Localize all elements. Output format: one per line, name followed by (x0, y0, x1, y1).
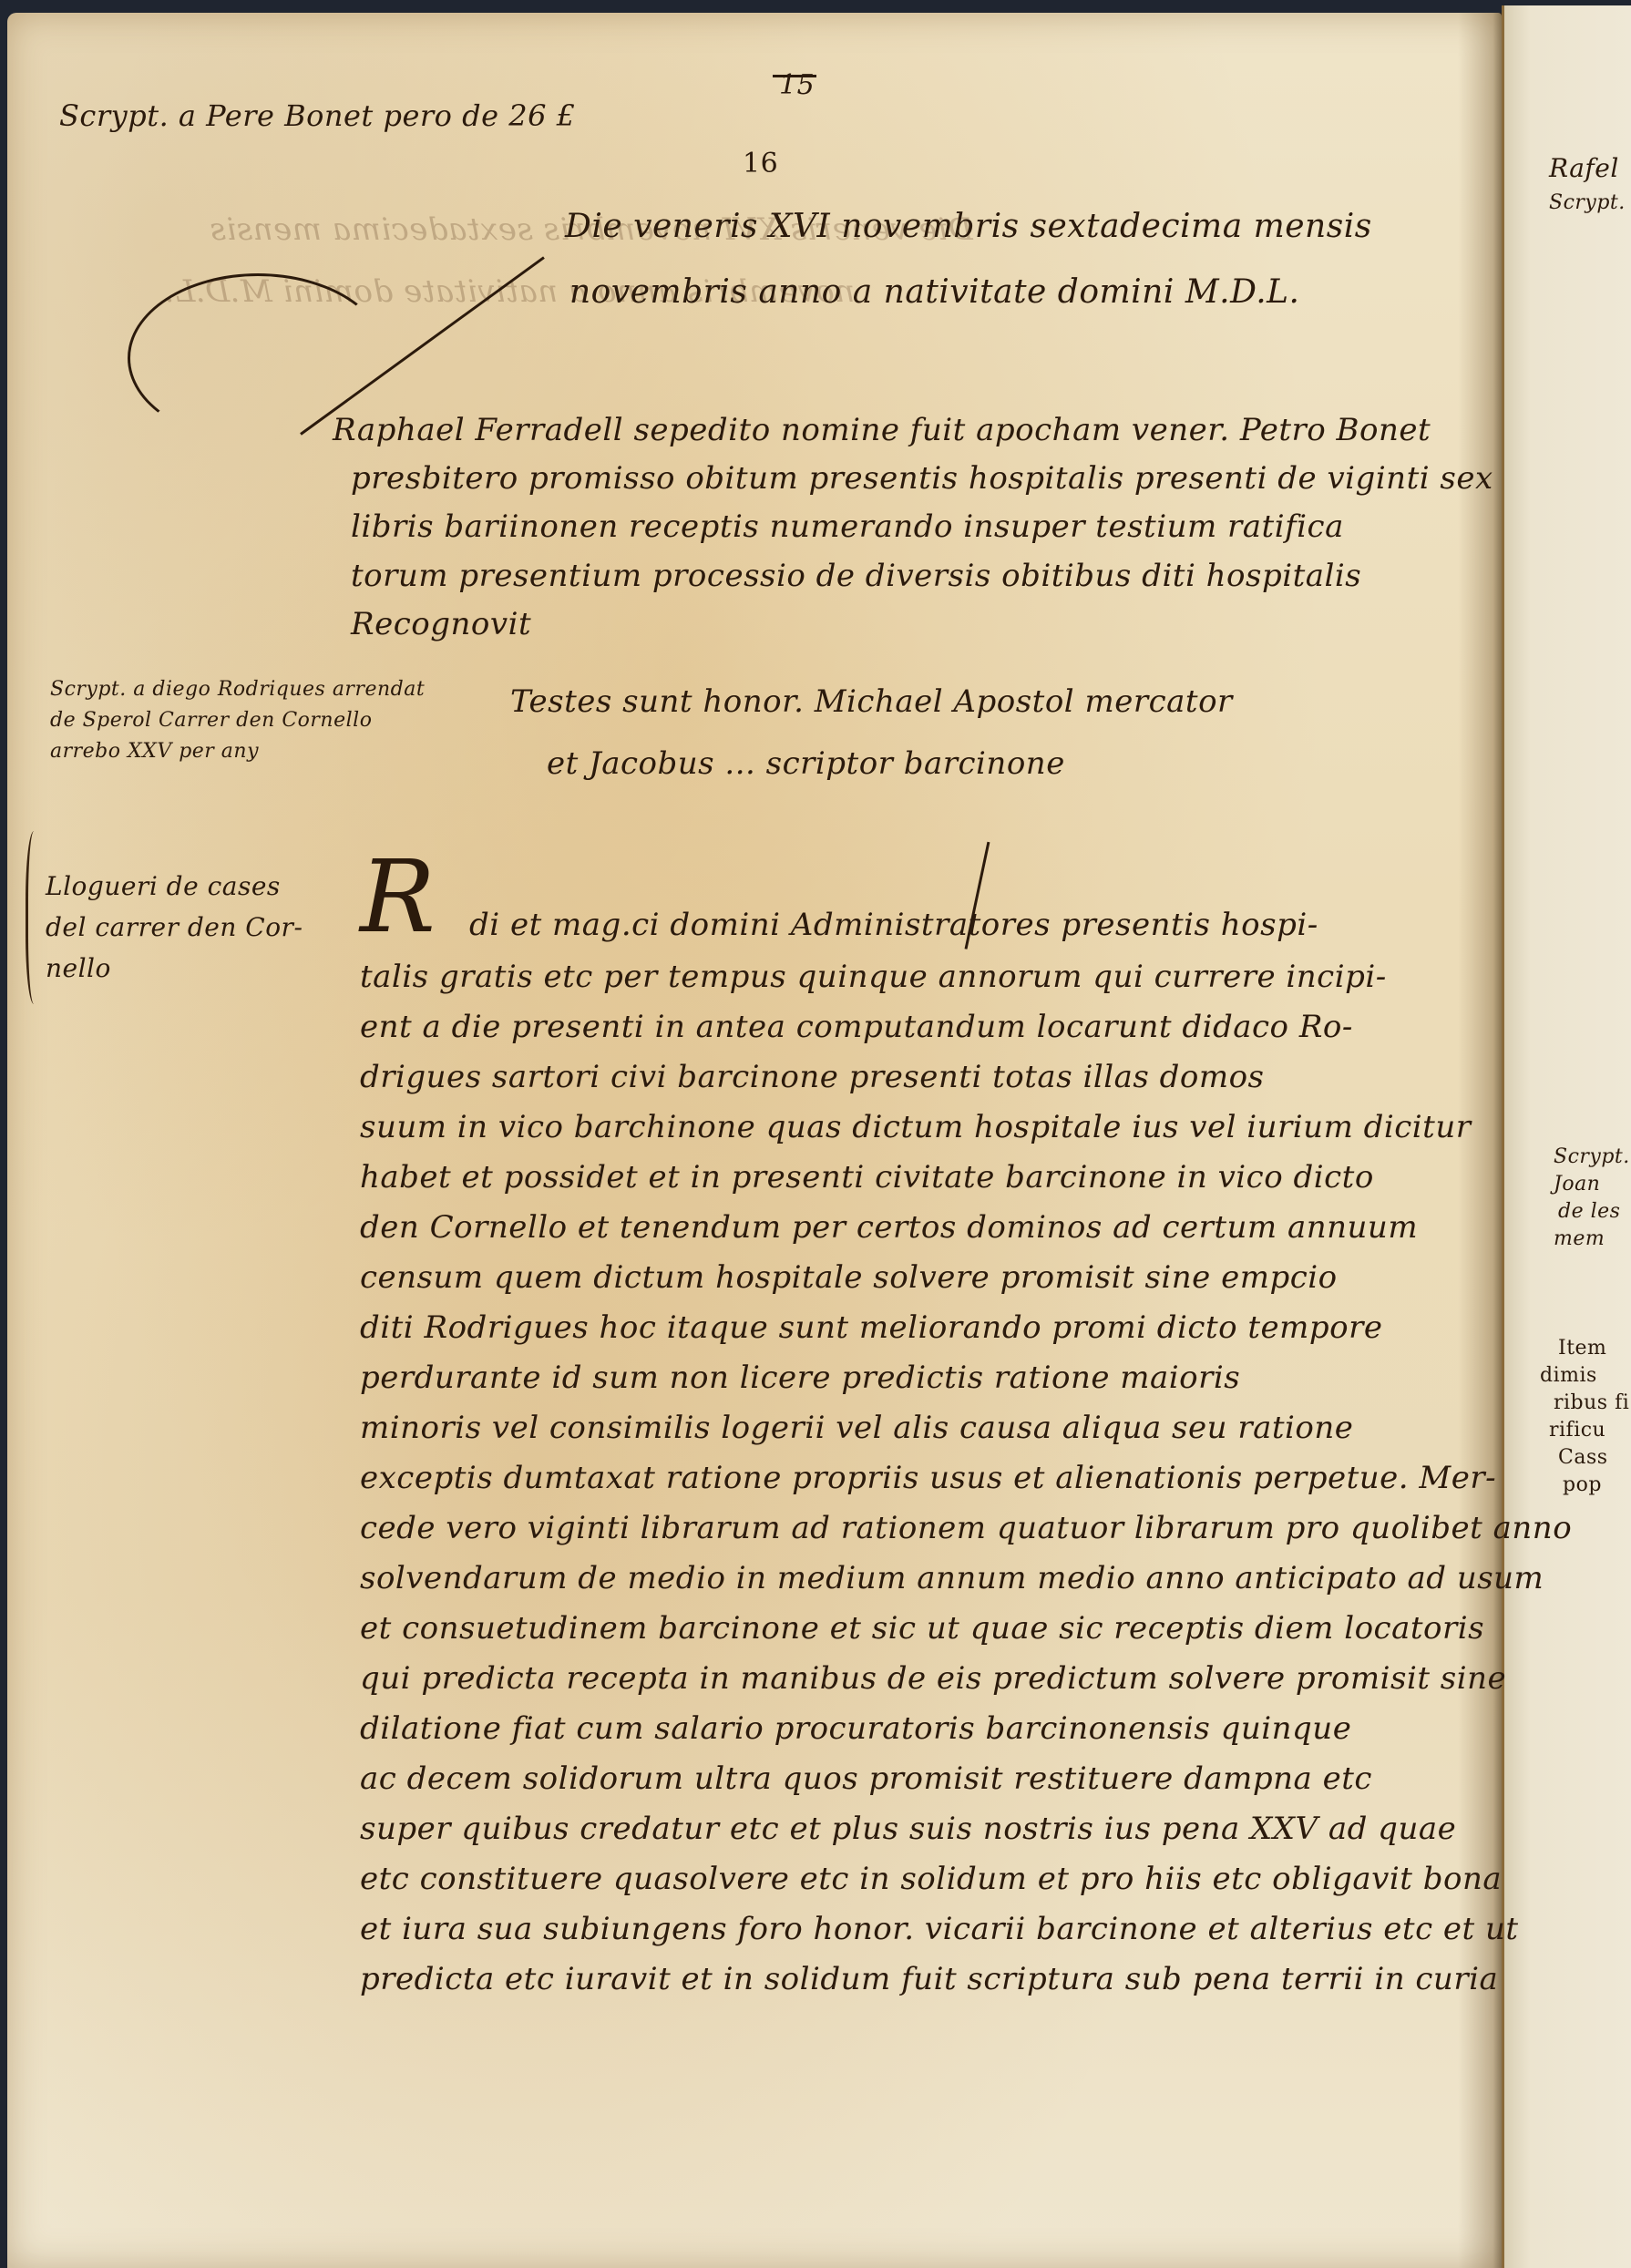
top-margin-note: Scrypt. a Pere Bonet pero de 26 £ (59, 98, 575, 133)
margin-note-rent: Llogueri de cases (46, 870, 281, 903)
witnesses-line: Testes sunt honor. Michael Apostol merca… (510, 683, 1233, 720)
entry2-line: exceptis dumtaxat ratione propriis usus … (360, 1460, 1496, 1496)
entry1-line: Recognovit (351, 606, 531, 642)
margin-note-lease: arrebo XXV per any (50, 738, 259, 765)
entry2-line: cede vero viginti librarum ad rationem q… (360, 1510, 1572, 1546)
entry1-line: presbitero promisso obitum presentis hos… (351, 460, 1493, 497)
facing-fragment: Cass (1558, 1444, 1608, 1472)
entry2-line: diti Rodrigues hoc itaque sunt meliorand… (360, 1309, 1383, 1346)
entry2-line: predicta etc iuravit et in solidum fuit … (360, 1961, 1498, 1997)
decorated-initial: R (360, 838, 436, 955)
facing-fragment: rificu (1549, 1417, 1605, 1444)
entry2-line: den Cornello et tenendum per certos domi… (360, 1209, 1418, 1246)
entry1-line: libris bariinonen receptis numerando ins… (351, 508, 1344, 545)
facing-fragment: ribus fi (1554, 1390, 1629, 1417)
entry2-line: super quibus credatur etc et plus suis n… (360, 1811, 1456, 1847)
entry2-line: di et mag.ci domini Administratores pres… (469, 907, 1318, 943)
entry1-line: torum presentium processio de diversis o… (351, 558, 1361, 594)
entry2-line: minoris vel consimilis logerii vel alis … (360, 1410, 1353, 1446)
margin-note-rent: del carrer den Cor- (46, 911, 303, 944)
entry2-line: perdurante id sum non licere predictis r… (360, 1360, 1240, 1396)
facing-fragment: mem (1554, 1226, 1605, 1253)
entry2-line: censum quem dictum hospitale solvere pro… (360, 1259, 1338, 1296)
margin-note-rent: nello (46, 952, 111, 985)
entry2-line: suum in vico barchinone quas dictum hosp… (360, 1109, 1471, 1145)
entry2-line: et consuetudinem barcinone et sic ut qua… (360, 1610, 1484, 1647)
entry2-line: dilatione fiat cum salario procuratoris … (360, 1710, 1351, 1747)
folio-overline (773, 75, 816, 77)
entry2-line: drigues sartori civi barcinone presenti … (360, 1059, 1265, 1095)
facing-fragment: de les (1558, 1198, 1620, 1226)
entry1-line: Raphael Ferradell sepedito nomine fuit a… (333, 412, 1431, 448)
witnesses-line: et Jacobus ... scriptor barcinone (547, 745, 1065, 782)
entry2-line: et iura sua subiungens foro honor. vicar… (360, 1911, 1519, 1947)
entry2-line: ac decem solidorum ultra quos promisit r… (360, 1760, 1372, 1797)
facing-fragment: Joan (1554, 1171, 1600, 1198)
margin-note-lease: de Sperol Carrer den Cornello (50, 707, 372, 734)
facing-fragment: Rafel (1549, 155, 1619, 182)
entry2-line: solvendarum de medio in medium annum med… (360, 1560, 1544, 1596)
entry2-line: ent a die presenti in antea computandum … (360, 1009, 1353, 1045)
facing-fragment: dimis (1540, 1362, 1597, 1390)
entry2-line: habet et possidet et in presenti civitat… (360, 1159, 1374, 1196)
facing-fragment: Scrypt. a (1549, 190, 1631, 217)
margin-note-lease: Scrypt. a diego Rodriques arrendat (50, 676, 425, 703)
page-number: 16 (743, 148, 778, 180)
entry2-line: etc constituere quasolvere etc in solidu… (360, 1861, 1502, 1897)
entry2-line: talis gratis etc per tempus quinque anno… (360, 959, 1387, 995)
facing-fragment: Scrypt. (1554, 1144, 1630, 1171)
date-heading-line-1: Die veneris XVI novembris sextadecima me… (565, 208, 1372, 245)
facing-fragment: Item (1558, 1335, 1606, 1362)
margin-brace (26, 831, 46, 1004)
date-heading-line-2: novembris anno a nativitate domini M.D.L… (569, 273, 1300, 311)
facing-fragment: pop (1563, 1472, 1602, 1499)
entry2-line: qui predicta recepta in manibus de eis p… (360, 1660, 1506, 1697)
facing-page-edge (1502, 5, 1631, 2268)
